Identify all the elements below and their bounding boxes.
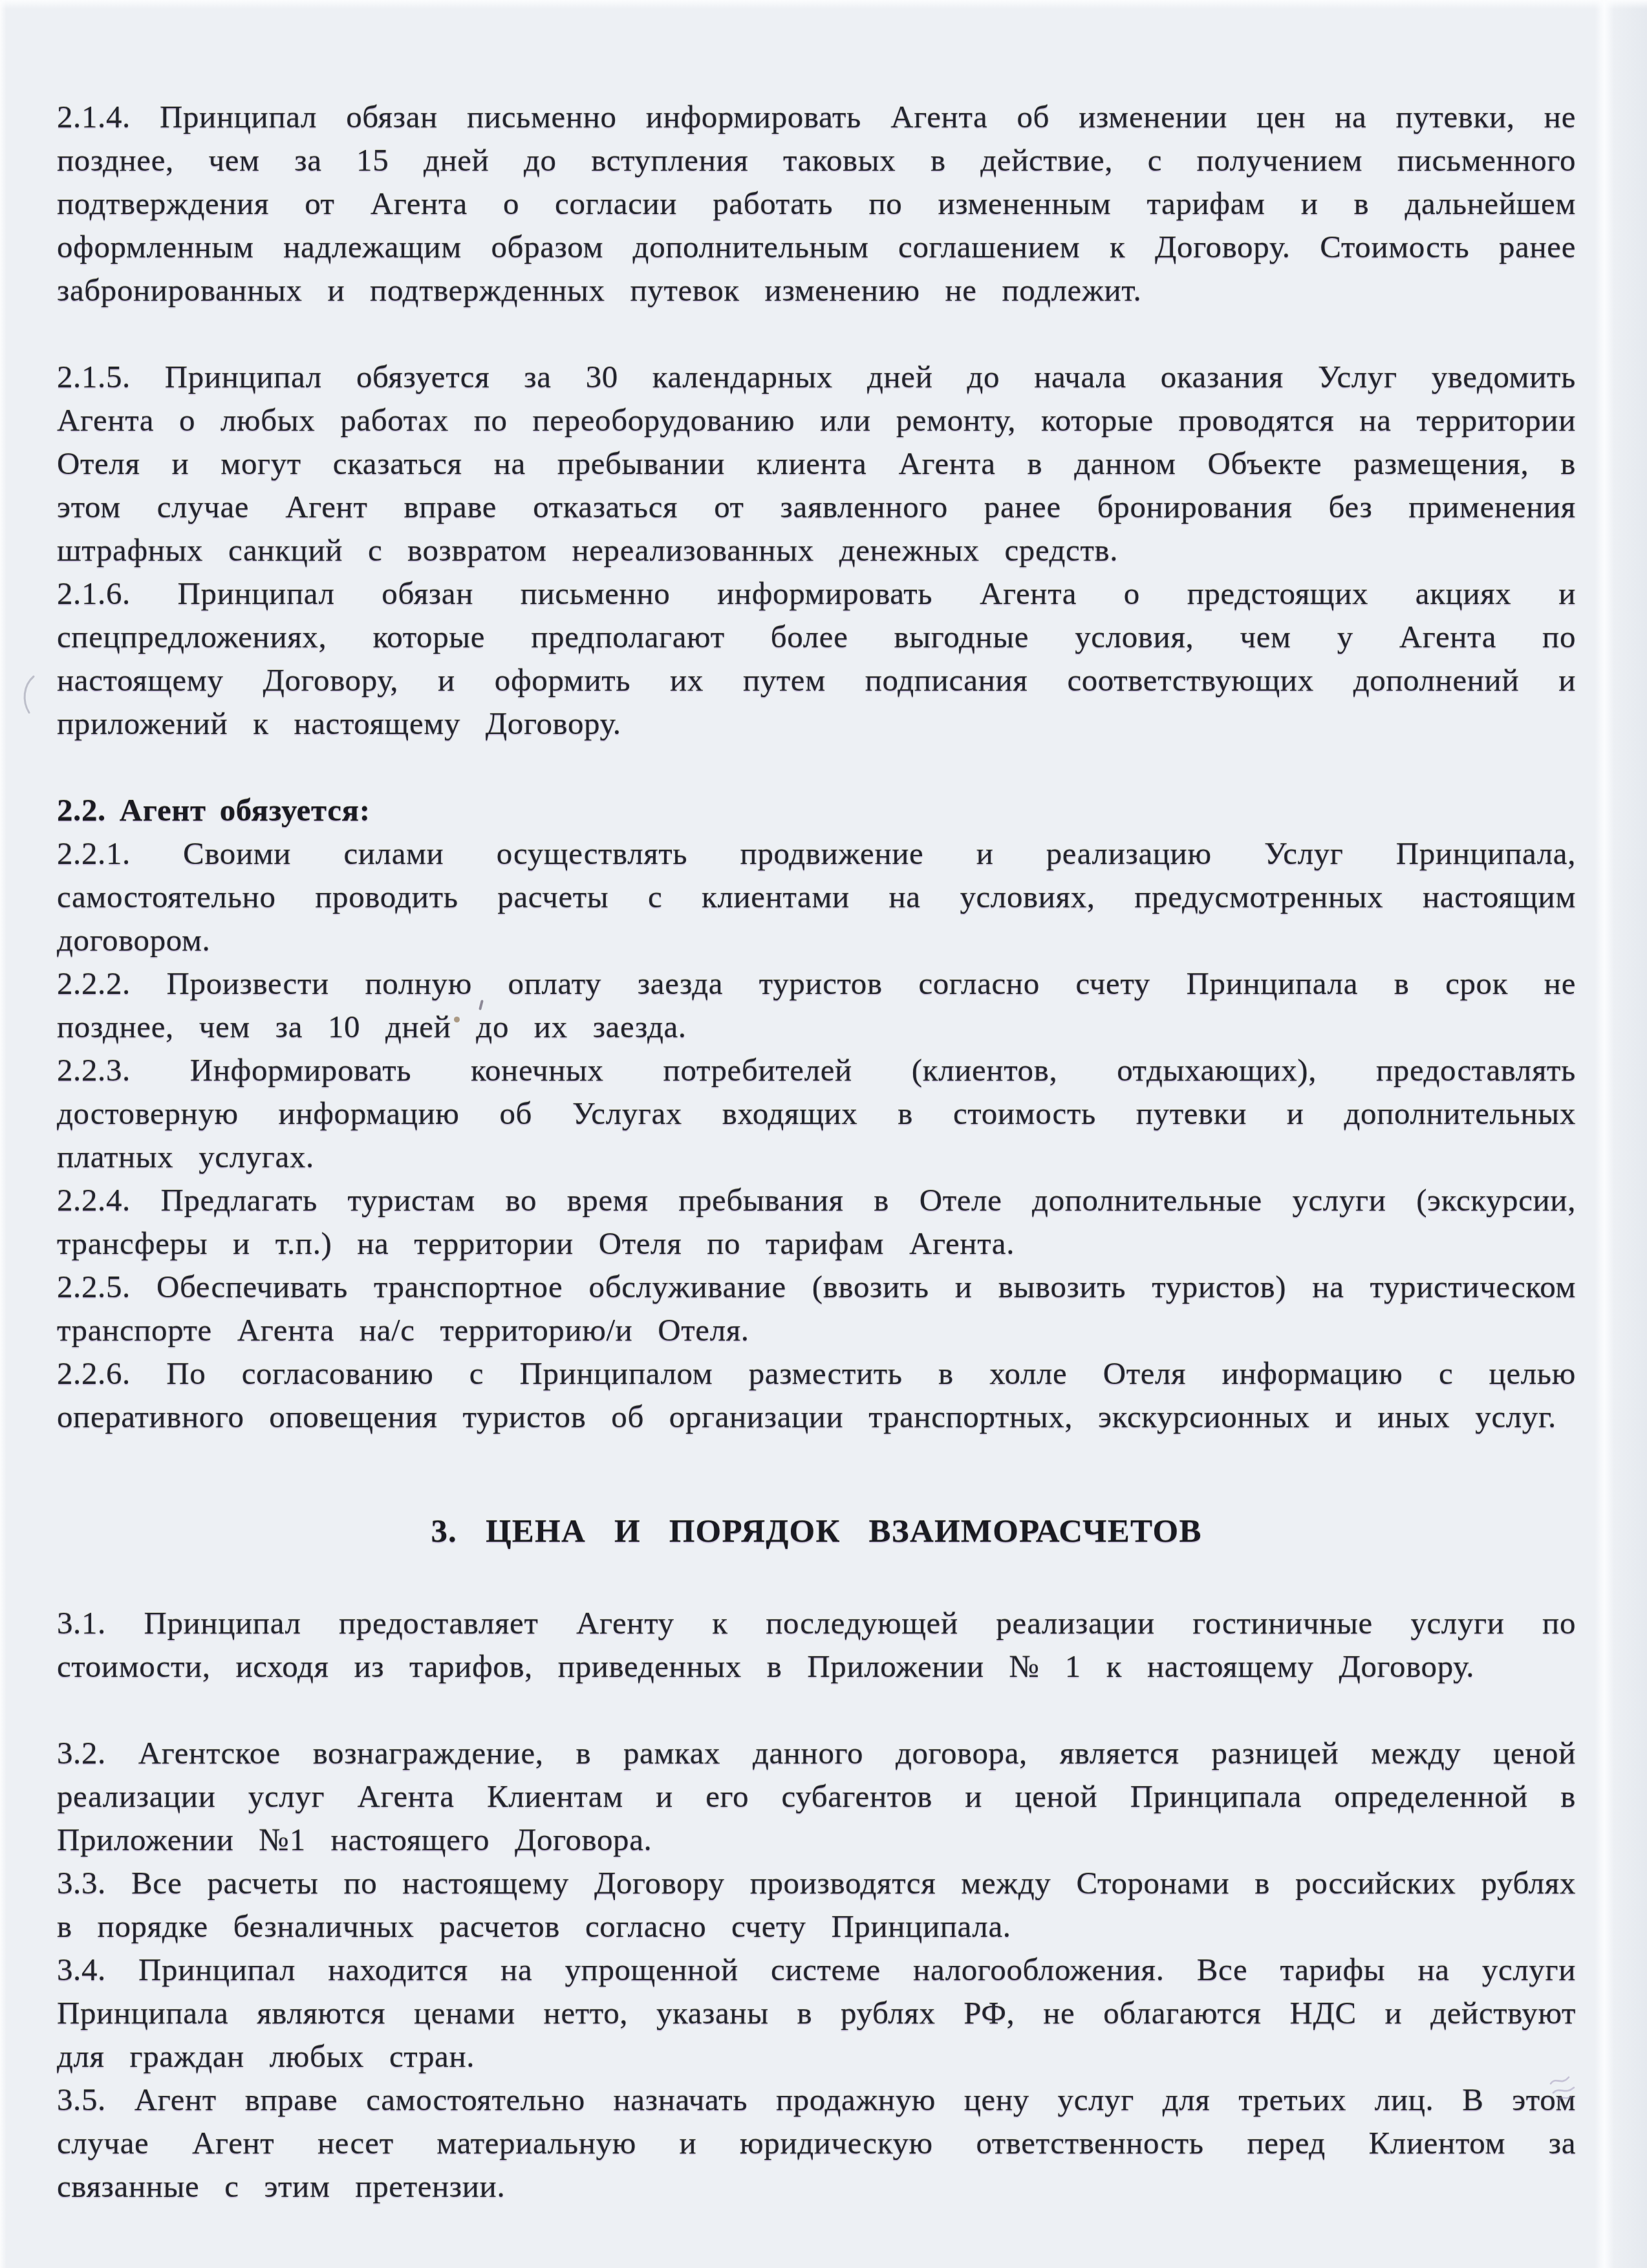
clause-3-3: 3.3. Все расчеты по настоящему Договору … — [57, 1861, 1576, 1948]
clause-2-1-6: 2.1.6. Принципал обязан письменно информ… — [57, 572, 1576, 745]
scanned-contract-page: 2.1.4. Принципал обязан письменно информ… — [0, 0, 1647, 2268]
section-2-2-heading: 2.2. Агент обязуется: — [57, 788, 1576, 832]
clause-2-2-3: 2.2.3. Информировать конечных потребител… — [57, 1048, 1576, 1178]
clause-3-5: 3.5. Агент вправе самостоятельно назнача… — [57, 2078, 1576, 2208]
clause-2-2-4: 2.2.4. Предлагать туристам во время преб… — [57, 1178, 1576, 1265]
contract-text-block: 2.1.4. Принципал обязан письменно информ… — [0, 0, 1647, 2208]
clause-3-4: 3.4. Принципал находится на упрощенной с… — [57, 1948, 1576, 2078]
clause-3-2: 3.2. Агентское вознаграждение, в рамках … — [57, 1731, 1576, 1861]
clause-2-2-2: 2.2.2. Произвести полную оплату заезда т… — [57, 962, 1576, 1048]
section-3-heading: 3. ЦЕНА И ПОРЯДОК ВЗАИМОРАСЧЕТОВ — [57, 1510, 1576, 1553]
clause-2-1-4: 2.1.4. Принципал обязан письменно информ… — [57, 95, 1576, 355]
pencil-mark-bottom-right — [1547, 2069, 1588, 2106]
clause-2-2-1: 2.2.1. Своими силами осуществлять продви… — [57, 832, 1576, 962]
clause-3-1: 3.1. Принципал предоставляет Агенту к по… — [57, 1601, 1576, 1731]
clause-2-2-5: 2.2.5. Обеспечивать транспортное обслужи… — [57, 1265, 1576, 1352]
ink-dot-artifact — [454, 1017, 460, 1022]
pencil-mark-left-margin — [18, 674, 39, 715]
clause-2-2-6: 2.2.6. По согласованию с Принципалом раз… — [57, 1352, 1576, 1482]
clause-2-1-5: 2.1.5. Принципал обязуется за 30 календа… — [57, 355, 1576, 572]
